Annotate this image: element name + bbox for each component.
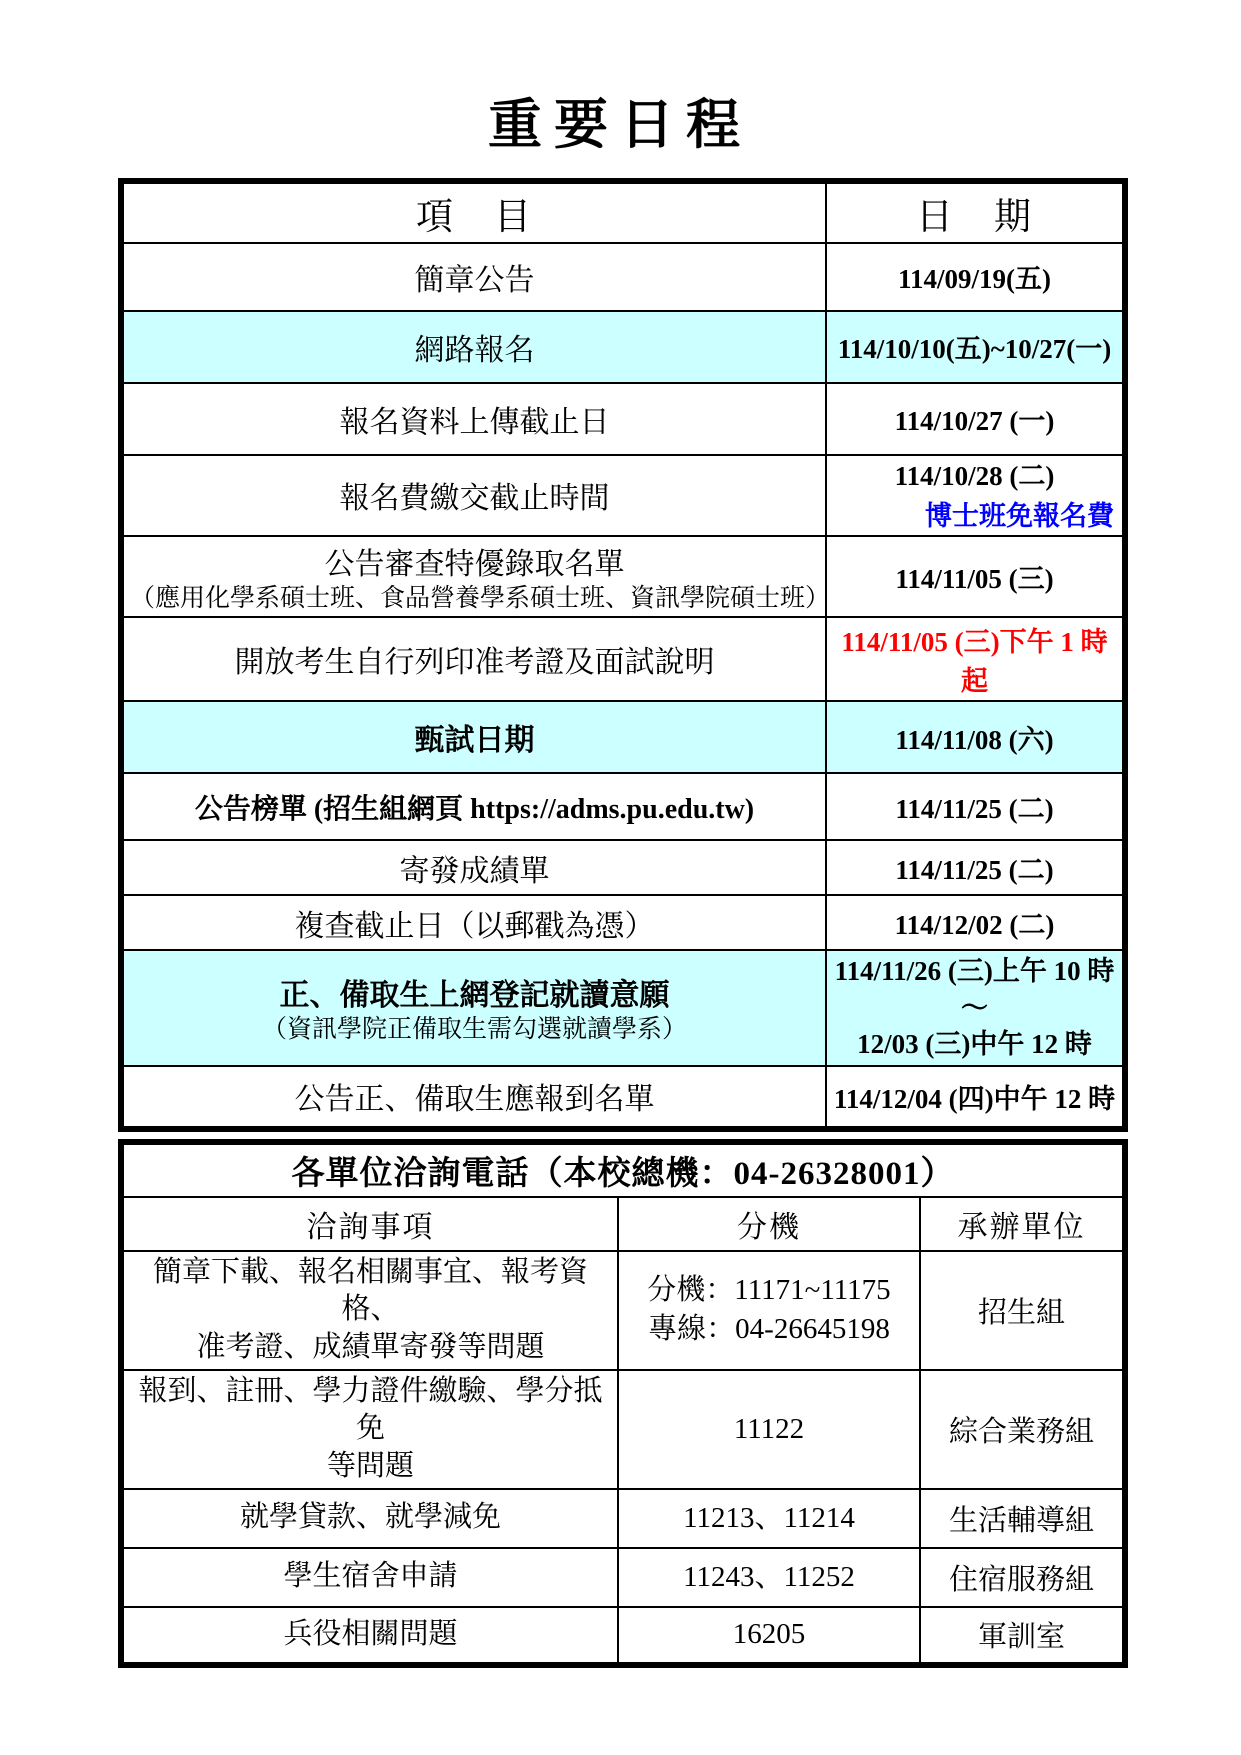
item-cell: 複查截止日（以郵戳為憑） [121,895,826,950]
schedule-row: 開放考生自行列印准考證及面試說明 114/11/05 (三)下午 1 時起 [121,617,1125,701]
contact-header-unit: 承辦單位 [920,1197,1125,1251]
date-cell: 114/09/19(五) [826,243,1125,311]
extension-line2: 專線：04-26645198 [625,1310,913,1349]
contact-header-row: 洽詢事項 分機 承辦單位 [121,1197,1125,1251]
date-cell: 114/11/25 (二) [826,773,1125,840]
item-text: 公告審查特優錄取名單 [130,539,819,583]
unit-cell: 生活輔導組 [920,1489,1125,1548]
item-cell: 甄試日期 [121,701,826,773]
extension-cell: 11213、11214 [618,1489,920,1548]
schedule-row: 正、備取生上網登記就讀意願 （資訊學院正備取生需勾選就讀學系） 114/11/2… [121,950,1125,1065]
schedule-header-date: 日 期 [826,181,1125,243]
matter-cell: 學生宿舍申請 [121,1548,618,1607]
schedule-table: 項 目 日 期 簡章公告 114/09/19(五) 網路報名 114/10/10… [118,178,1128,1132]
item-cell: 報名費繳交截止時間 [121,455,826,536]
schedule-row: 公告審查特優錄取名單 （應用化學系碩士班、食品營養學系碩士班、資訊學院碩士班） … [121,536,1125,617]
matter-line2: 等問題 [130,1448,611,1486]
page-title: 重要日程 [118,0,1122,164]
contact-table: 各單位洽詢電話（本校總機：04-26328001） 洽詢事項 分機 承辦單位 簡… [118,1139,1128,1668]
schedule-row: 報名費繳交截止時間 114/10/28 (二) 博士班免報名費 [121,455,1125,536]
unit-cell: 招生組 [920,1251,1125,1370]
matter-line1: 簡章下載、報名相關事宜、報考資格、 [130,1254,611,1329]
item-cell: 開放考生自行列印准考證及面試說明 [121,617,826,701]
schedule-row: 甄試日期 114/11/08 (六) [121,701,1125,773]
date-cell: 114/11/05 (三) [826,536,1125,617]
date-cell: 114/10/28 (二) 博士班免報名費 [826,455,1125,536]
schedule-header-item: 項 目 [121,181,826,243]
extension-cell: 11122 [618,1370,920,1489]
date-cell: 114/10/10(五)~10/27(一) [826,311,1125,383]
schedule-row: 報名資料上傳截止日 114/10/27 (一) [121,383,1125,455]
date-cell: 114/11/08 (六) [826,701,1125,773]
date-cell: 114/11/25 (二) [826,840,1125,895]
matter-line2: 准考證、成績單寄發等問題 [130,1329,611,1367]
date-cell: 114/12/02 (二) [826,895,1125,950]
item-cell: 簡章公告 [121,243,826,311]
item-cell: 網路報名 [121,311,826,383]
schedule-row: 複查截止日（以郵戳為憑） 114/12/02 (二) [121,895,1125,950]
date-cell: 114/11/26 (三)上午 10 時～ 12/03 (三)中午 12 時 [826,950,1125,1065]
item-cell: 公告榜單 (招生組網頁 https://adms.pu.edu.tw) [121,773,826,840]
unit-cell: 住宿服務組 [920,1548,1125,1607]
matter-cell: 簡章下載、報名相關事宜、報考資格、 准考證、成績單寄發等問題 [121,1251,618,1370]
contact-row: 學生宿舍申請 11243、11252 住宿服務組 [121,1548,1125,1607]
item-cell: 正、備取生上網登記就讀意願 （資訊學院正備取生需勾選就讀學系） [121,950,826,1065]
date-cell: 114/11/05 (三)下午 1 時起 [826,617,1125,701]
date-text-line2: 12/03 (三)中午 12 時 [827,1026,1122,1062]
schedule-header-row: 項 目 日 期 [121,181,1125,243]
item-cell: 公告審查特優錄取名單 （應用化學系碩士班、食品營養學系碩士班、資訊學院碩士班） [121,536,826,617]
item-cell: 公告正、備取生應報到名單 [121,1066,826,1129]
contact-table-title: 各單位洽詢電話（本校總機：04-26328001） [121,1142,1125,1197]
date-cell: 114/10/27 (一) [826,383,1125,455]
item-cell: 寄發成績單 [121,840,826,895]
document-page: 重要日程 項 目 日 期 簡章公告 114/09/19(五) 網路報名 114/… [0,0,1241,1755]
contact-row: 就學貸款、就學減免 11213、11214 生活輔導組 [121,1489,1125,1548]
item-subtext: （應用化學系碩士班、食品營養學系碩士班、資訊學院碩士班） [130,583,819,614]
contact-row: 兵役相關問題 16205 軍訓室 [121,1607,1125,1665]
matter-cell: 就學貸款、就學減免 [121,1489,618,1548]
contact-header-extension: 分機 [618,1197,920,1251]
schedule-row: 公告正、備取生應報到名單 114/12/04 (四)中午 12 時 [121,1066,1125,1129]
contact-header-matter: 洽詢事項 [121,1197,618,1251]
matter-line1: 報到、註冊、學力證件繳驗、學分抵免 [130,1373,611,1448]
matter-cell: 報到、註冊、學力證件繳驗、學分抵免 等問題 [121,1370,618,1489]
date-text: 114/10/28 (二) [833,458,1116,494]
date-cell: 114/12/04 (四)中午 12 時 [826,1066,1125,1129]
extension-cell: 11243、11252 [618,1548,920,1607]
contact-row: 簡章下載、報名相關事宜、報考資格、 准考證、成績單寄發等問題 分機：11171~… [121,1251,1125,1370]
item-cell: 報名資料上傳截止日 [121,383,826,455]
fee-exemption-note: 博士班免報名費 [833,494,1116,533]
item-text: 正、備取生上網登記就讀意願 [130,970,819,1014]
contact-title-row: 各單位洽詢電話（本校總機：04-26328001） [121,1142,1125,1197]
contact-row: 報到、註冊、學力證件繳驗、學分抵免 等問題 11122 綜合業務組 [121,1370,1125,1489]
unit-cell: 軍訓室 [920,1607,1125,1665]
extension-cell: 16205 [618,1607,920,1665]
unit-cell: 綜合業務組 [920,1370,1125,1489]
schedule-row: 寄發成績單 114/11/25 (二) [121,840,1125,895]
extension-cell: 分機：11171~11175 專線：04-26645198 [618,1251,920,1370]
extension-line1: 分機：11171~11175 [625,1271,913,1310]
schedule-row: 公告榜單 (招生組網頁 https://adms.pu.edu.tw) 114/… [121,773,1125,840]
schedule-row: 簡章公告 114/09/19(五) [121,243,1125,311]
schedule-row: 網路報名 114/10/10(五)~10/27(一) [121,311,1125,383]
matter-cell: 兵役相關問題 [121,1607,618,1665]
item-subtext: （資訊學院正備取生需勾選就讀學系） [130,1014,819,1045]
date-text-line1: 114/11/26 (三)上午 10 時～ [827,953,1122,1026]
